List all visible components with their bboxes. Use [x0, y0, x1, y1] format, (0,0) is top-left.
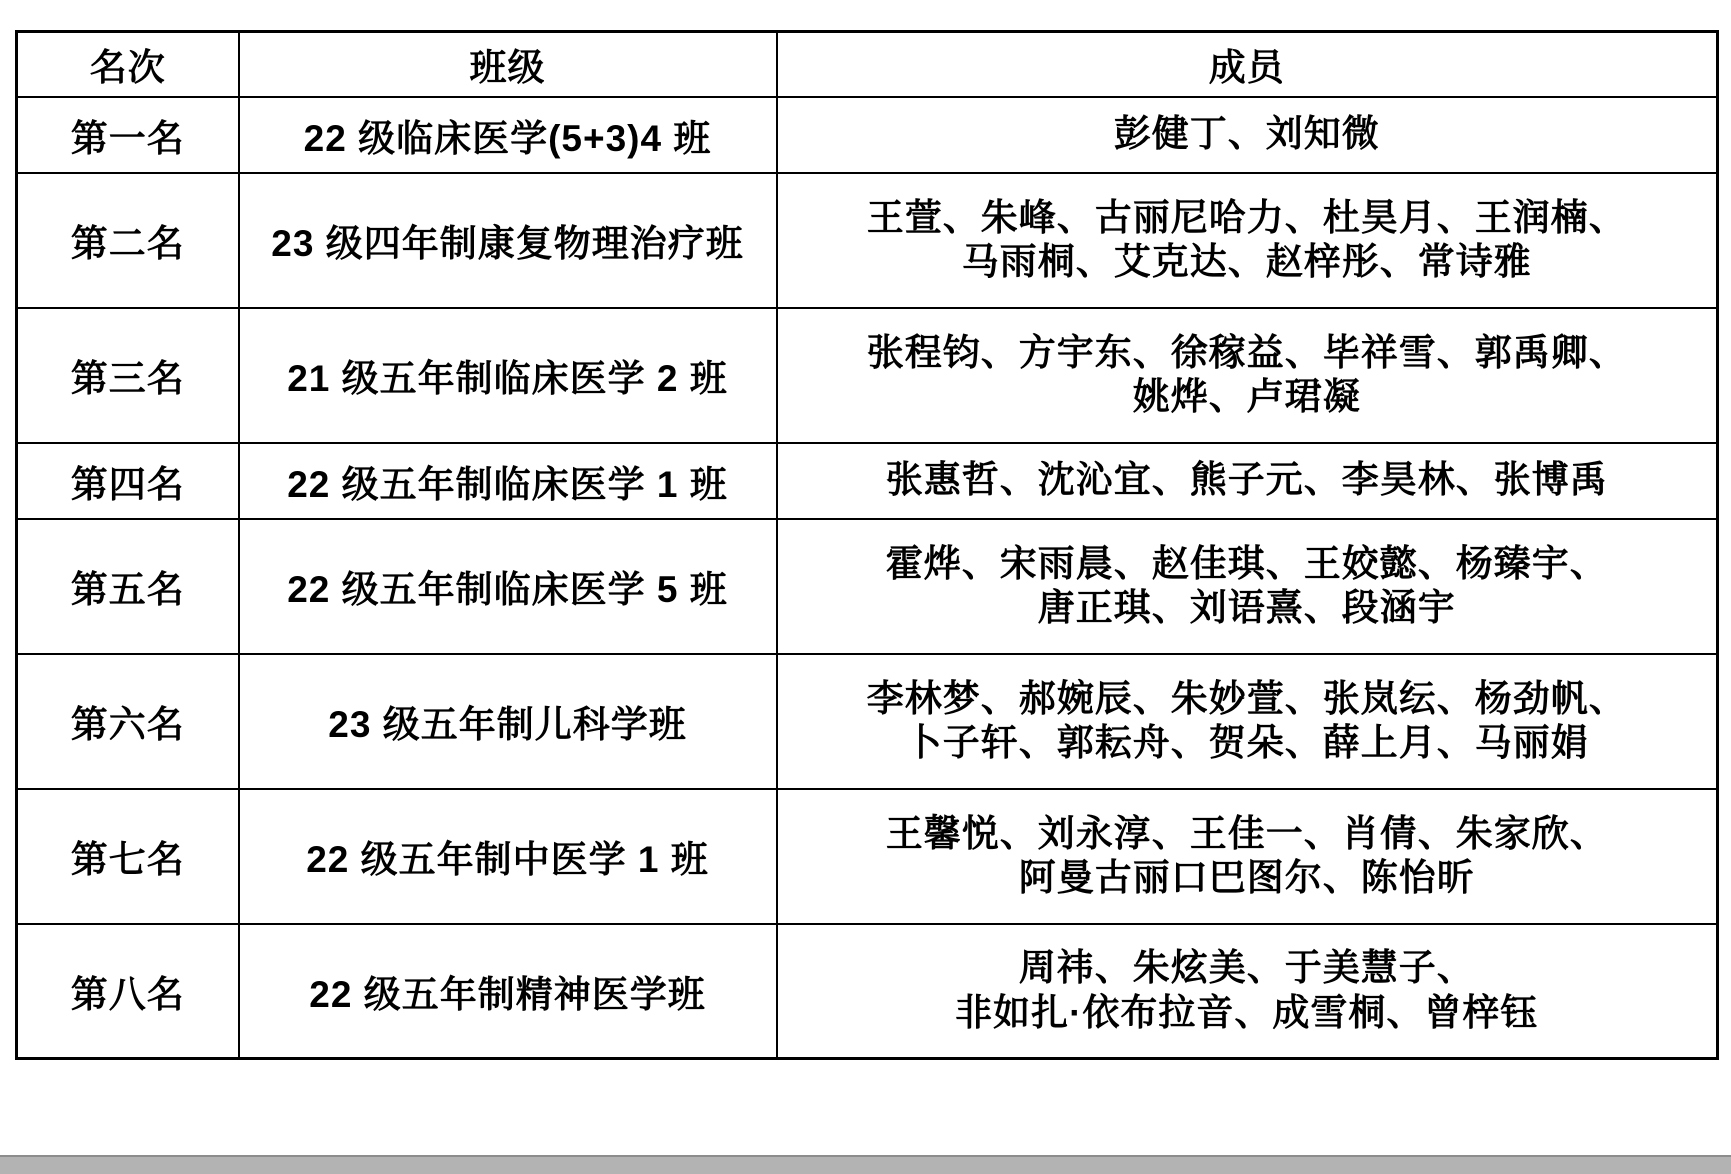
table-row: 第六名 23 级五年制儿科学班 李林梦、郝婉辰、朱妙萱、张岚纭、杨劲帆、 卜子轩…	[17, 654, 1718, 789]
rank-cell: 第七名	[17, 789, 239, 924]
rank-cell: 第八名	[17, 924, 239, 1059]
members-line: 王馨悦、刘永淳、王佳一、肖倩、朱家欣、	[778, 812, 1717, 856]
class-cell: 21 级五年制临床医学 2 班	[239, 308, 777, 443]
table-row: 第二名 23 级四年制康复物理治疗班 王萱、朱峰、古丽尼哈力、杜昊月、王润楠、 …	[17, 173, 1718, 308]
rank-cell: 第五名	[17, 519, 239, 654]
class-cell: 22 级临床医学(5+3)4 班	[239, 97, 777, 173]
rank-cell: 第三名	[17, 308, 239, 443]
members-cell: 周祎、朱炫美、于美慧子、 非如扎·依布拉音、成雪桐、曾梓钰	[777, 924, 1718, 1059]
members-cell: 张程钧、方宇东、徐稼益、毕祥雪、郭禹卿、 姚烨、卢珺凝	[777, 308, 1718, 443]
class-cell: 23 级四年制康复物理治疗班	[239, 173, 777, 308]
table-row: 第三名 21 级五年制临床医学 2 班 张程钧、方宇东、徐稼益、毕祥雪、郭禹卿、…	[17, 308, 1718, 443]
ranking-table: 名次 班级 成员 第一名 22 级临床医学(5+3)4 班 彭健丁、刘知微 第二…	[15, 30, 1719, 1060]
members-cell: 霍烨、宋雨晨、赵佳琪、王姣懿、杨臻宇、 唐正琪、刘语熹、段涵宇	[777, 519, 1718, 654]
members-line: 卜子轩、郭耘舟、贺朵、薛上月、马丽娟	[778, 721, 1717, 765]
rank-cell: 第一名	[17, 97, 239, 173]
members-line: 周祎、朱炫美、于美慧子、	[778, 946, 1717, 990]
header-row: 名次 班级 成员	[17, 32, 1718, 97]
class-cell: 22 级五年制临床医学 5 班	[239, 519, 777, 654]
header-rank: 名次	[17, 32, 239, 97]
members-line: 张程钧、方宇东、徐稼益、毕祥雪、郭禹卿、	[778, 331, 1717, 375]
rank-cell: 第四名	[17, 443, 239, 519]
members-line: 姚烨、卢珺凝	[778, 375, 1717, 419]
table-row: 第七名 22 级五年制中医学 1 班 王馨悦、刘永淳、王佳一、肖倩、朱家欣、 阿…	[17, 789, 1718, 924]
members-line: 非如扎·依布拉音、成雪桐、曾梓钰	[778, 991, 1717, 1035]
page: 名次 班级 成员 第一名 22 级临床医学(5+3)4 班 彭健丁、刘知微 第二…	[0, 0, 1731, 1174]
header-members: 成员	[777, 32, 1718, 97]
members-line: 唐正琪、刘语熹、段涵宇	[778, 586, 1717, 630]
members-line: 彭健丁、刘知微	[778, 112, 1717, 156]
bottom-bar	[0, 1155, 1731, 1174]
members-line: 阿曼古丽口巴图尔、陈怡昕	[778, 856, 1717, 900]
header-class: 班级	[239, 32, 777, 97]
class-cell: 22 级五年制临床医学 1 班	[239, 443, 777, 519]
members-line: 王萱、朱峰、古丽尼哈力、杜昊月、王润楠、	[778, 196, 1717, 240]
table-row: 第八名 22 级五年制精神医学班 周祎、朱炫美、于美慧子、 非如扎·依布拉音、成…	[17, 924, 1718, 1059]
members-cell: 彭健丁、刘知微	[777, 97, 1718, 173]
rank-cell: 第二名	[17, 173, 239, 308]
class-cell: 22 级五年制中医学 1 班	[239, 789, 777, 924]
class-cell: 22 级五年制精神医学班	[239, 924, 777, 1059]
class-cell: 23 级五年制儿科学班	[239, 654, 777, 789]
members-line: 霍烨、宋雨晨、赵佳琪、王姣懿、杨臻宇、	[778, 542, 1717, 586]
members-line: 马雨桐、艾克达、赵梓彤、常诗雅	[778, 240, 1717, 284]
rank-cell: 第六名	[17, 654, 239, 789]
members-line: 张惠哲、沈沁宜、熊子元、李昊林、张博禹	[778, 458, 1717, 502]
table-row: 第一名 22 级临床医学(5+3)4 班 彭健丁、刘知微	[17, 97, 1718, 173]
members-cell: 王萱、朱峰、古丽尼哈力、杜昊月、王润楠、 马雨桐、艾克达、赵梓彤、常诗雅	[777, 173, 1718, 308]
members-cell: 张惠哲、沈沁宜、熊子元、李昊林、张博禹	[777, 443, 1718, 519]
table-row: 第四名 22 级五年制临床医学 1 班 张惠哲、沈沁宜、熊子元、李昊林、张博禹	[17, 443, 1718, 519]
members-line: 李林梦、郝婉辰、朱妙萱、张岚纭、杨劲帆、	[778, 677, 1717, 721]
members-cell: 李林梦、郝婉辰、朱妙萱、张岚纭、杨劲帆、 卜子轩、郭耘舟、贺朵、薛上月、马丽娟	[777, 654, 1718, 789]
table-row: 第五名 22 级五年制临床医学 5 班 霍烨、宋雨晨、赵佳琪、王姣懿、杨臻宇、 …	[17, 519, 1718, 654]
members-cell: 王馨悦、刘永淳、王佳一、肖倩、朱家欣、 阿曼古丽口巴图尔、陈怡昕	[777, 789, 1718, 924]
